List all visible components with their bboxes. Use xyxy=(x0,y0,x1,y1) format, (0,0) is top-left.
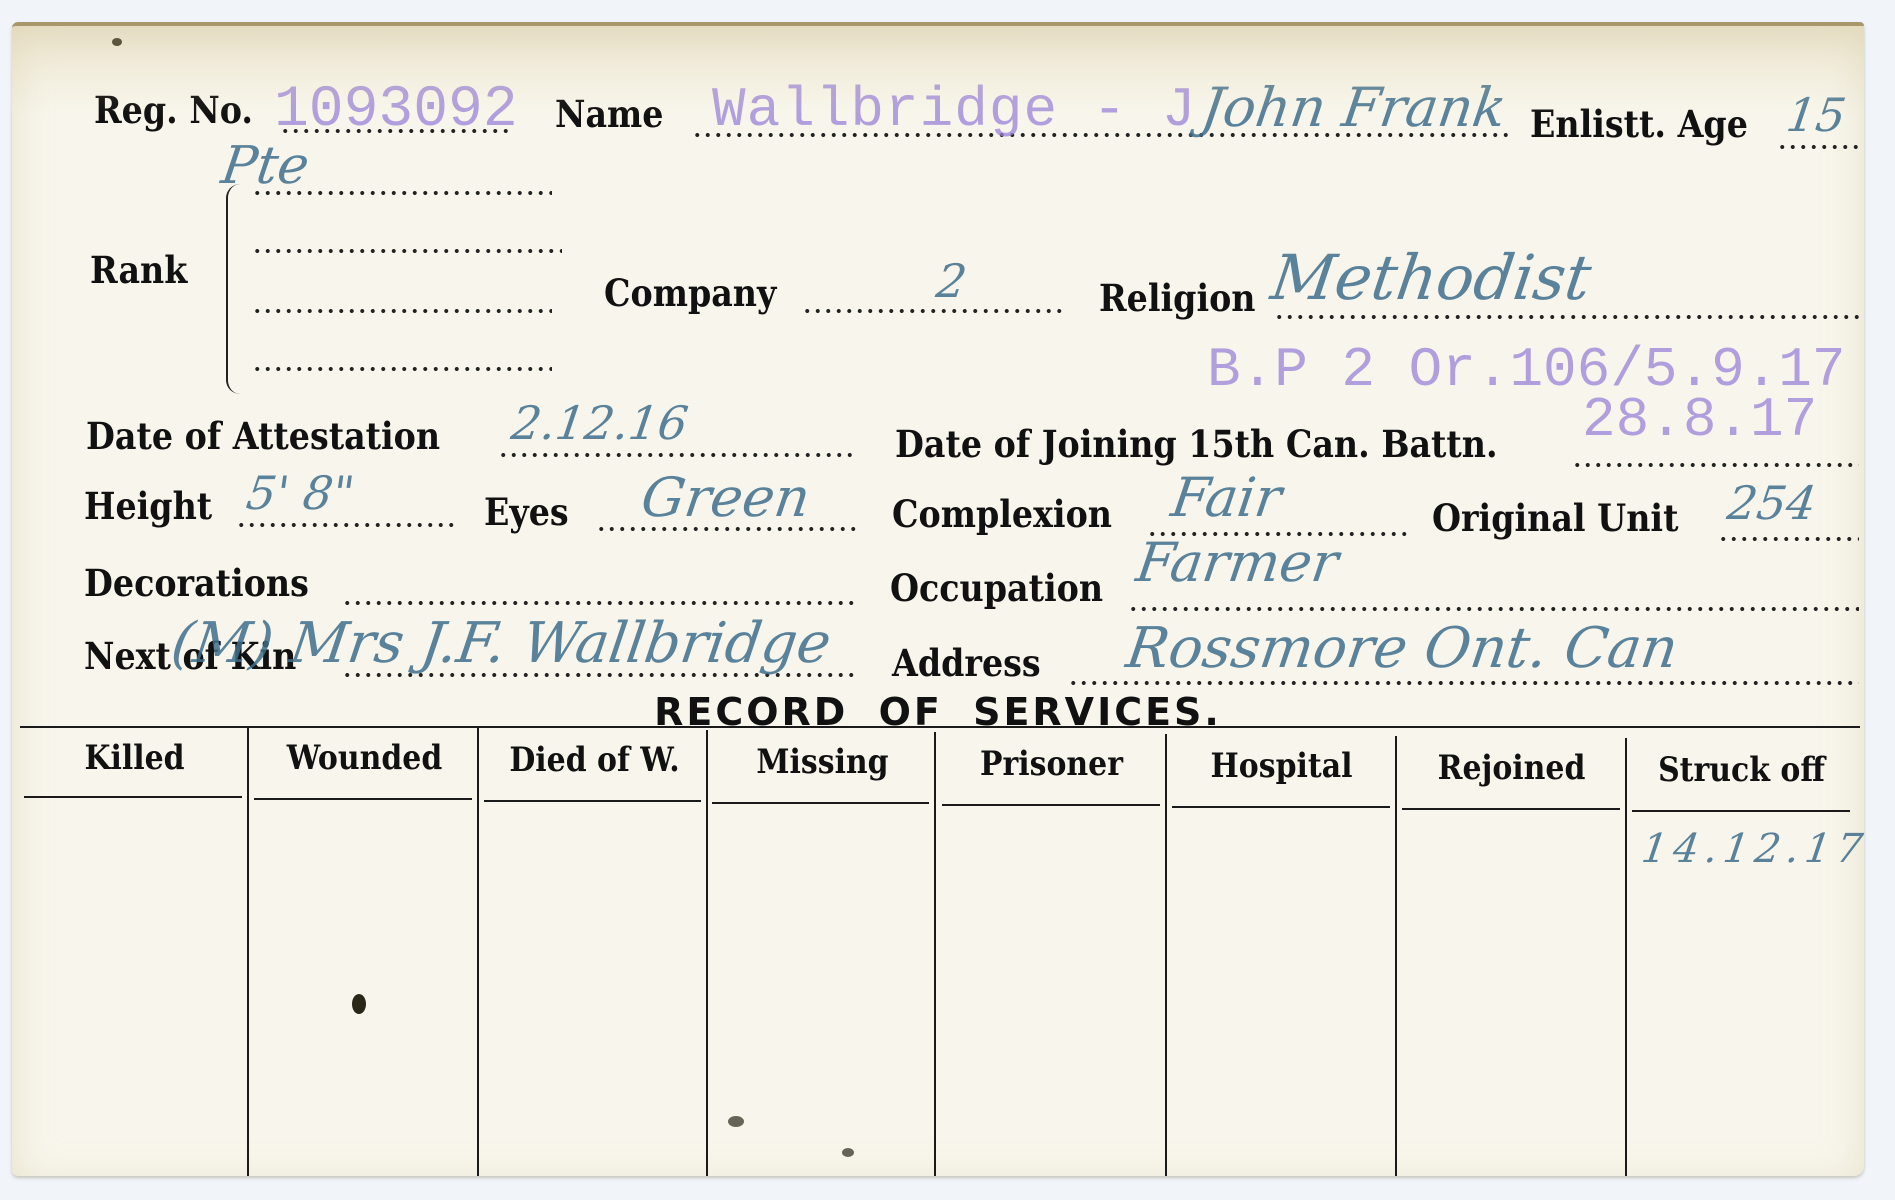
height-value: 5' 8" xyxy=(243,466,358,520)
col-divider xyxy=(1395,736,1397,1176)
complexion-label: Complexion xyxy=(892,492,1112,536)
col-divider xyxy=(1625,738,1627,1176)
header-underline xyxy=(484,800,701,802)
eyes-value: Green xyxy=(638,466,815,529)
height-label: Height xyxy=(84,484,212,528)
original-unit-value: 254 xyxy=(1724,476,1819,530)
ink-spot xyxy=(728,1116,744,1127)
service-record-card: Reg. No. 1093092 Name Wallbridge - J Joh… xyxy=(12,22,1864,1176)
header-underline xyxy=(24,796,242,798)
occupation-dots xyxy=(1128,606,1859,612)
original-unit-label: Original Unit xyxy=(1432,496,1678,540)
col-divider xyxy=(706,730,708,1176)
name-label: Name xyxy=(555,92,663,136)
col-header-prisoner: Prisoner xyxy=(953,744,1151,784)
header-underline xyxy=(712,802,929,804)
decorations-dots xyxy=(342,600,858,606)
header-underline xyxy=(254,798,472,800)
company-value: 2 xyxy=(933,254,970,308)
header-underline xyxy=(1632,810,1850,812)
rank-dots-3 xyxy=(252,308,552,314)
complexion-value: Fair xyxy=(1168,466,1286,529)
ink-spot xyxy=(352,994,366,1014)
company-label: Company xyxy=(604,271,776,315)
occupation-value: Farmer xyxy=(1133,531,1343,594)
col-header-missing: Missing xyxy=(724,742,922,782)
enlist-age-value: 15 xyxy=(1783,88,1849,142)
header-underline xyxy=(1172,806,1390,808)
col-divider xyxy=(934,732,936,1176)
original-unit-dots xyxy=(1718,536,1859,542)
col-divider xyxy=(1165,734,1167,1176)
given-names-handwritten: John Frank xyxy=(1198,76,1511,139)
col-header-struck-off: Struck off xyxy=(1643,750,1841,790)
attestation-label: Date of Attestation xyxy=(86,414,440,458)
address-value: Rossmore Ont. Can xyxy=(1122,616,1681,681)
height-dots xyxy=(236,522,456,528)
religion-value: Methodist xyxy=(1267,241,1596,314)
religion-label: Religion xyxy=(1099,276,1256,320)
eyes-label: Eyes xyxy=(484,490,569,534)
attestation-dots xyxy=(498,452,858,458)
col-header-killed: Killed xyxy=(36,738,234,778)
joining-label: Date of Joining 15th Can. Battn. xyxy=(895,422,1498,466)
col-divider xyxy=(247,728,249,1176)
surname-stamp: Wallbridge - J xyxy=(712,78,1196,142)
reg-no-value: 1093092 xyxy=(274,78,518,143)
enlist-age-dots xyxy=(1777,144,1859,150)
attestation-value: 2.12.16 xyxy=(508,396,691,450)
rank-dots-2 xyxy=(252,248,562,254)
rank-dots-4 xyxy=(252,366,552,372)
company-dots xyxy=(802,308,1064,314)
next-of-kin-value: (M) Mrs J.F. Wallbridge xyxy=(167,611,835,676)
address-label: Address xyxy=(892,641,1041,685)
col-header-hospital: Hospital xyxy=(1183,746,1381,786)
col-header-rejoined: Rejoined xyxy=(1413,748,1611,788)
header-underline xyxy=(1402,808,1620,810)
reg-no-label: Reg. No. xyxy=(94,88,253,132)
table-top-rule xyxy=(20,726,1860,728)
rank-value: Pte xyxy=(218,136,313,196)
rank-bracket xyxy=(226,184,242,394)
col-header-wounded: Wounded xyxy=(266,738,464,778)
ink-spot xyxy=(842,1148,854,1157)
header-underline xyxy=(942,804,1160,806)
struck-off-date: 14.12.17 xyxy=(1639,826,1872,872)
col-divider xyxy=(477,728,479,1176)
rank-label: Rank xyxy=(90,248,187,292)
occupation-label: Occupation xyxy=(890,566,1103,610)
joining-dots xyxy=(1572,462,1859,468)
joining-date-stamp: 28.8.17 xyxy=(1582,388,1817,452)
enlist-age-label: Enlistt. Age xyxy=(1530,102,1748,146)
decorations-label: Decorations xyxy=(84,561,309,605)
religion-dots xyxy=(1274,314,1859,320)
col-header-died-of-wounds: Died of W. xyxy=(496,740,694,780)
ink-spot xyxy=(112,38,122,46)
